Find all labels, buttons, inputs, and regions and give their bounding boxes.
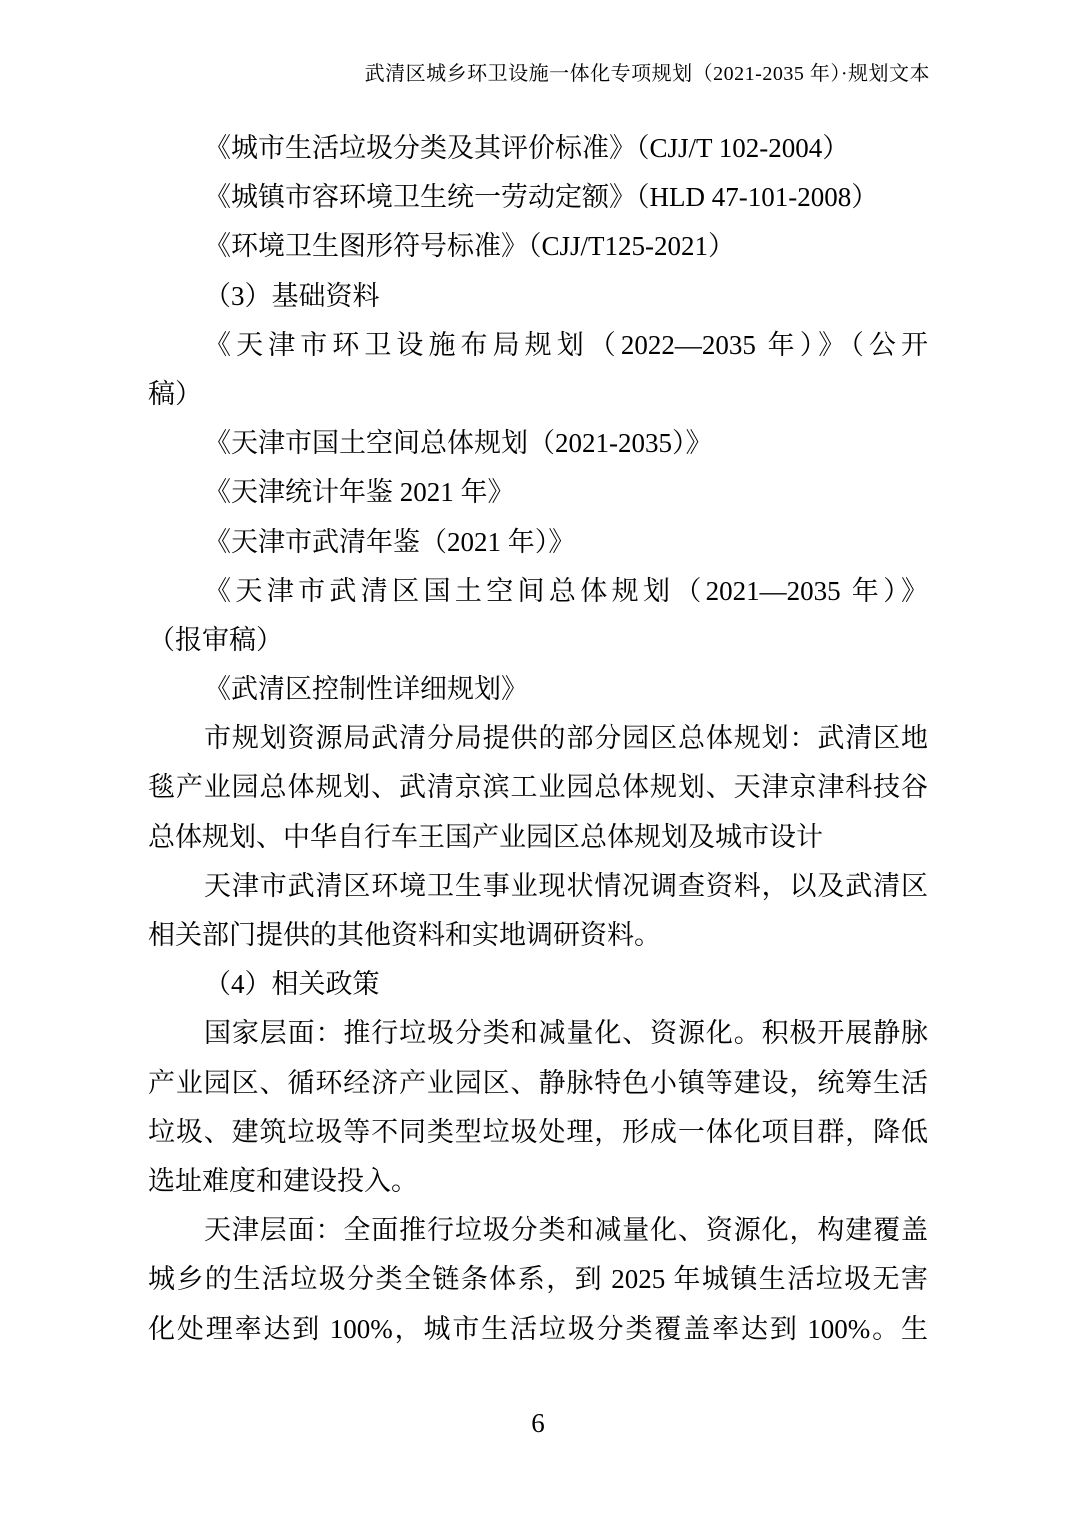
doc-line: 选址难度和建设投入。: [148, 1157, 928, 1206]
doc-line: 城乡的生活垃圾分类全链条体系，到 2025 年城镇生活垃圾无害: [148, 1255, 928, 1304]
page-number: 6: [148, 1399, 928, 1448]
doc-line: 化处理率达到 100%，城市生活垃圾分类覆盖率达到 100%。生: [148, 1305, 928, 1354]
doc-line: 市规划资源局武清分局提供的部分园区总体规划：武清区地: [148, 714, 928, 763]
doc-line: 天津市武清区环境卫生事业现状情况调查资料，以及武清区: [148, 862, 928, 911]
doc-line: 《天津市国土空间总体规划（2021-2035）》: [148, 419, 928, 468]
document-page: 武清区城乡环卫设施一体化专项规划（2021-2035 年）·规划文本 《城市生活…: [0, 0, 1074, 1520]
doc-line: 《天津市环卫设施布局规划（2022—2035 年）》（公开: [148, 321, 928, 370]
doc-line: 《武清区控制性详细规划》: [148, 665, 928, 714]
doc-line: 国家层面：推行垃圾分类和减量化、资源化。积极开展静脉: [148, 1009, 928, 1058]
doc-line: 《环境卫生图形符号标准》（CJJ/T125-2021）: [148, 222, 928, 271]
doc-line: 天津层面：全面推行垃圾分类和减量化、资源化，构建覆盖: [148, 1206, 928, 1255]
doc-line: 毯产业园总体规划、武清京滨工业园总体规划、天津京津科技谷: [148, 763, 928, 812]
doc-line: 《天津市武清年鉴（2021 年）》: [148, 518, 928, 567]
doc-line: 总体规划、中华自行车王国产业园区总体规划及城市设计: [148, 813, 928, 862]
doc-line: 稿）: [148, 370, 928, 419]
page-header-title: 武清区城乡环卫设施一体化专项规划（2021-2035 年）·规划文本: [148, 59, 930, 89]
doc-line: 相关部门提供的其他资料和实地调研资料。: [148, 911, 928, 960]
doc-line: 《天津统计年鉴 2021 年》: [148, 468, 928, 517]
doc-line: 产业园区、循环经济产业园区、静脉特色小镇等建设，统筹生活: [148, 1059, 928, 1108]
doc-line: 《城市生活垃圾分类及其评价标准》（CJJ/T 102-2004）: [148, 124, 928, 173]
doc-line: 垃圾、建筑垃圾等不同类型垃圾处理，形成一体化项目群，降低: [148, 1108, 928, 1157]
doc-line: 《城镇市容环境卫生统一劳动定额》（HLD 47-101-2008）: [148, 173, 928, 222]
doc-line: （4）相关政策: [148, 960, 928, 1009]
doc-line: （3）基础资料: [148, 272, 928, 321]
doc-line: （报审稿）: [148, 616, 928, 665]
doc-line: 《天津市武清区国土空间总体规划（2021—2035 年）》: [148, 567, 928, 616]
document-body: 《城市生活垃圾分类及其评价标准》（CJJ/T 102-2004） 《城镇市容环境…: [148, 124, 928, 1354]
